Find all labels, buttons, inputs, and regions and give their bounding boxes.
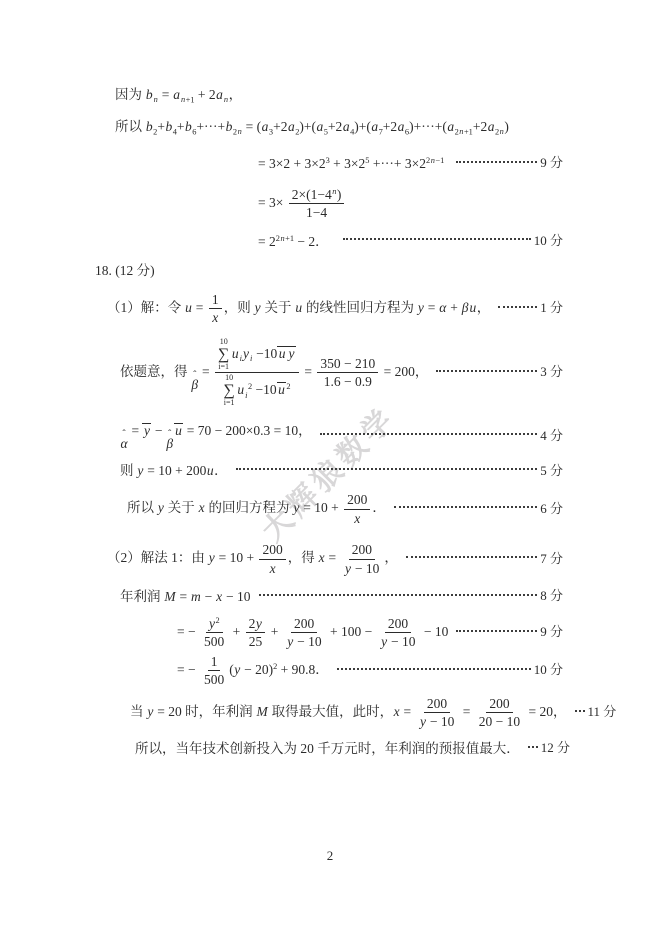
math-variable: y — [287, 634, 294, 649]
math-text: ) — [504, 119, 509, 134]
score-label: 4 分 — [540, 428, 563, 445]
math-text: 18. (12 分) — [95, 263, 155, 278]
dotted-leader — [436, 370, 537, 372]
score-label: 5 分 — [540, 463, 563, 480]
math-line: = 3× 2×(1−4n)1−4 — [95, 187, 563, 221]
fraction: 200y − 10 — [378, 616, 419, 650]
math-text: − 2． — [294, 234, 329, 249]
math-text: 500 — [204, 672, 224, 687]
score-label: 6 分 — [540, 501, 563, 518]
math-variable: u — [278, 346, 286, 361]
math-text: −1 — [435, 156, 444, 165]
fraction: 200y − 10 — [341, 542, 382, 576]
math-expression: （2）解法 1：由 y = 10 + 200x，得 x = 200y − 10， — [95, 542, 398, 576]
math-text: − 10 — [427, 714, 455, 729]
math-line: 因为 bn = an+1 + 2an， — [95, 86, 563, 104]
math-variable: β — [166, 436, 174, 451]
math-variable: y — [381, 634, 388, 649]
math-text: 所以 — [115, 119, 145, 134]
math-text: − 10 — [223, 589, 251, 604]
fraction: 1500 — [201, 654, 227, 688]
subscript: n+1 — [180, 95, 194, 104]
math-expression: = 3×2 + 3×23 + 3×25 +···+ 3×22n−1 — [95, 155, 448, 173]
math-text: 2 — [286, 382, 290, 391]
denominator: 500 — [201, 633, 227, 650]
math-variable: a — [261, 119, 269, 134]
math-text: +···+ — [196, 119, 225, 134]
math-expression: 依题意，得 ˆβ = 10∑i=1uiyi −10uy10∑i=1ui2 −10… — [95, 338, 428, 408]
math-text: = 200， — [380, 364, 428, 379]
math-text: 200 — [427, 696, 447, 711]
dotted-leader — [259, 594, 538, 596]
math-text: 1.6 − 0.9 — [324, 374, 372, 389]
math-line: 18. (12 分) — [95, 262, 563, 280]
math-text: = — [325, 550, 339, 565]
overline: u — [277, 382, 287, 397]
sum-lower-limit: i=1 — [224, 399, 235, 408]
math-text: = — [199, 364, 213, 379]
numerator: 2×(1−4n) — [289, 187, 345, 205]
hat-base: α — [120, 437, 128, 451]
denominator: y − 10 — [378, 633, 419, 650]
math-text: 2×(1−4 — [292, 187, 332, 202]
fraction: 350 − 2101.6 − 0.9 — [317, 356, 378, 390]
sum-lower-limit: i=1 — [218, 363, 229, 372]
math-text: = − — [177, 624, 199, 639]
subscript: 2n — [233, 127, 242, 136]
math-text: = 10 + — [300, 500, 342, 515]
numerator: 200 — [385, 616, 411, 634]
math-variable: y — [209, 616, 216, 631]
fraction: 20020 − 10 — [476, 696, 523, 730]
math-line: （1）解：令 u = 1x，则 y 关于 u 的线性回归方程为 y = α + … — [95, 292, 563, 326]
math-variable: b — [145, 119, 153, 134]
math-variable: a — [316, 119, 324, 134]
math-text: ) — [337, 187, 342, 202]
hat-accent: ˆα — [120, 433, 128, 451]
math-line: 则 y = 10 + 200u．5 分 — [95, 462, 563, 480]
summation: 10∑i=1 — [223, 374, 234, 408]
math-text: = ( — [242, 119, 261, 134]
math-text: （1）解：令 — [107, 300, 185, 315]
dotted-leader — [498, 306, 537, 308]
math-text: 25 — [249, 634, 263, 649]
math-expression: = − y2500 + 2y25 + 200y − 10 + 100 − 200… — [95, 616, 448, 650]
math-variable: u — [206, 463, 214, 478]
math-text: − 10 — [388, 634, 416, 649]
fraction: 200x — [259, 542, 285, 576]
math-text: + 3×2 — [330, 156, 365, 171]
math-text: +1 — [186, 95, 195, 104]
math-text: − — [151, 423, 165, 438]
math-text: = 20， — [525, 704, 566, 719]
math-text: 500 — [204, 634, 224, 649]
math-variable: a — [397, 119, 405, 134]
math-text: = 20 时，年利润 — [154, 704, 256, 719]
math-text: −10 — [252, 382, 277, 397]
hat-base: β — [166, 437, 174, 451]
math-variable: m — [191, 589, 202, 604]
denominator: y − 10 — [341, 560, 382, 577]
summation: 10∑i=1 — [218, 338, 229, 372]
math-text: ， — [384, 550, 398, 565]
fraction: 2×(1−4n)1−4 — [289, 187, 345, 221]
overline: u — [174, 423, 184, 438]
math-expression: 所以 b2+b4+b6+···+b2n = (a3+2a2)+(a5+2a4)+… — [95, 118, 509, 136]
math-variable: y — [293, 500, 300, 515]
dotted-leader — [456, 161, 537, 163]
math-text: = 70 − 200×0.3 = 10， — [183, 423, 311, 438]
math-text: − 10 — [351, 561, 379, 576]
math-variable: β — [191, 377, 199, 392]
subscript: 2n+1 — [455, 127, 473, 136]
math-text: 取得最大值，此时， — [268, 704, 393, 719]
math-variable: u — [295, 300, 303, 315]
math-text: = 3×2 + 3×2 — [258, 156, 326, 171]
math-text: +2 — [473, 119, 487, 134]
solution-content: 因为 bn = an+1 + 2an，所以 b2+b4+b6+···+b2n =… — [95, 86, 563, 757]
math-line: 年利润 M = m − x − 108 分 — [95, 588, 563, 606]
math-text: （2）解法 1：由 — [107, 550, 208, 565]
math-variable: M — [256, 704, 268, 719]
math-variable: y — [147, 704, 154, 719]
math-variable: u — [175, 423, 183, 438]
numerator: 200 — [259, 542, 285, 560]
math-expression: 年利润 M = m − x − 10 — [95, 588, 251, 606]
math-text: + 90.8． — [277, 662, 329, 677]
hat-base: β — [191, 378, 199, 392]
math-expression: = 22n+1 − 2． — [95, 233, 335, 251]
math-expression: = 3× 2×(1−4n)1−4 — [95, 187, 346, 221]
denominator: x — [266, 560, 279, 577]
math-text: 200 — [352, 542, 372, 557]
dotted-leader — [528, 746, 538, 748]
math-line: = − 1500(y − 20)2 + 90.8．10 分 — [95, 654, 563, 688]
fraction: y2500 — [201, 616, 227, 650]
math-line: （2）解法 1：由 y = 10 + 200x，得 x = 200y − 10，… — [95, 542, 563, 576]
math-text: ， — [477, 300, 491, 315]
math-expression: 因为 bn = an+1 + 2an， — [95, 86, 242, 104]
math-text: + — [447, 300, 461, 315]
score-label: 8 分 — [540, 588, 563, 605]
math-expression: （1）解：令 u = 1x，则 y 关于 u 的线性回归方程为 y = α + … — [95, 292, 490, 326]
numerator: 200 — [291, 616, 317, 634]
denominator: 20 − 10 — [476, 713, 523, 730]
math-line: ˆα = y − ˆβu = 70 − 200×0.3 = 10，4 分 — [95, 422, 563, 451]
math-text: = — [176, 589, 190, 604]
numerator: 200 — [344, 492, 370, 510]
sigma-icon: ∑ — [223, 383, 234, 399]
denominator: y − 10 — [284, 633, 325, 650]
numerator: 2y — [246, 616, 266, 634]
math-text: ． — [372, 500, 386, 515]
math-variable: y — [143, 423, 150, 438]
math-variable: a — [371, 119, 379, 134]
math-line: 所以 y 关于 x 的回归方程为 y = 10 + 200x．6 分 — [95, 492, 563, 526]
math-text: 1 — [211, 654, 218, 669]
math-line: 所以 b2+b4+b6+···+b2n = (a3+2a2)+(a5+2a4)+… — [95, 118, 563, 136]
math-text: 200 — [347, 492, 367, 507]
math-variable: α — [439, 300, 447, 315]
score-label: 9 分 — [540, 155, 563, 172]
score-label: 10 分 — [534, 662, 563, 679]
math-text: 2 — [216, 616, 220, 625]
math-variable: x — [354, 511, 361, 526]
math-text: + — [177, 119, 185, 134]
math-text: −10 — [253, 346, 278, 361]
math-line: = 22n+1 − 2．10 分 — [95, 233, 563, 251]
math-text: ，则 — [224, 300, 254, 315]
math-variable: a — [447, 119, 455, 134]
math-line: 当 y = 20 时，年利润 M 取得最大值，此时，x = 200y − 10 … — [95, 696, 563, 730]
dotted-leader — [394, 506, 537, 508]
math-variable: u — [278, 382, 286, 397]
math-text: +1 — [464, 127, 473, 136]
math-variable: β — [461, 300, 469, 315]
math-text: = − — [177, 662, 199, 677]
denominator: x — [209, 309, 222, 326]
subscript: 2n — [495, 127, 504, 136]
math-variable: α — [120, 436, 128, 451]
math-text: ， — [229, 87, 243, 102]
math-text: )+( — [354, 119, 371, 134]
math-variable: y — [420, 714, 427, 729]
math-text: = — [301, 364, 315, 379]
math-line: = 3×2 + 3×23 + 3×25 +···+ 3×22n−19 分 — [95, 155, 563, 173]
fraction: 200y − 10 — [284, 616, 325, 650]
math-text: 所以 — [127, 500, 157, 515]
math-text: + — [267, 624, 281, 639]
superscript: 2n+1 — [276, 234, 294, 243]
math-text: = — [192, 300, 206, 315]
math-text: = — [158, 87, 172, 102]
score-label: 1 分 — [540, 300, 563, 317]
math-variable: a — [487, 119, 495, 134]
math-text: +2 — [273, 119, 287, 134]
math-text: 200 — [388, 616, 408, 631]
fraction: 200y − 10 — [417, 696, 458, 730]
math-text: 1 — [212, 292, 219, 307]
math-variable: b — [225, 119, 233, 134]
math-variable: x — [269, 561, 276, 576]
math-text: 1−4 — [306, 205, 327, 220]
math-text: − 10 — [294, 634, 322, 649]
math-text: + — [229, 624, 243, 639]
math-variable: y — [234, 662, 241, 677]
math-text: 年利润 — [120, 589, 164, 604]
math-text: = — [400, 704, 414, 719]
denominator: 1.6 − 0.9 — [321, 373, 375, 390]
score-label: 11 分 — [588, 704, 617, 721]
math-text: 20 − 10 — [479, 714, 520, 729]
denominator: x — [351, 510, 364, 527]
math-variable: x — [212, 310, 219, 325]
math-text: = 3× — [258, 195, 287, 210]
dotted-leader — [575, 710, 585, 712]
math-text: +···+ 3×2 — [369, 156, 426, 171]
math-expression: 则 y = 10 + 200u． — [95, 462, 228, 480]
math-line: = − y2500 + 2y25 + 200y − 10 + 100 − 200… — [95, 616, 563, 650]
math-text: 因为 — [115, 87, 145, 102]
document-page: 大辉狼数学 因为 bn = an+1 + 2an，所以 b2+b4+b6+···… — [0, 0, 660, 933]
fraction: 200x — [344, 492, 370, 526]
math-text: 当 — [130, 704, 147, 719]
denominator: 10∑i=1ui2 −10u2 — [220, 373, 293, 408]
math-text: ，得 — [288, 550, 318, 565]
numerator: 1 — [208, 654, 221, 672]
subscript: i — [245, 391, 248, 400]
math-text: − 20) — [241, 662, 273, 677]
math-text: 200 — [294, 616, 314, 631]
math-text: +1 — [285, 234, 294, 243]
math-text: 关于 — [261, 300, 295, 315]
score-label: 12 分 — [541, 740, 570, 757]
math-variable: i — [245, 391, 248, 400]
dotted-leader — [456, 630, 537, 632]
math-expression: ˆα = y − ˆβu = 70 − 200×0.3 = 10， — [95, 422, 312, 451]
math-variable: u — [237, 382, 245, 397]
superscript: 2 — [286, 382, 290, 391]
math-text: )+( — [299, 119, 316, 134]
dotted-leader — [337, 668, 531, 670]
math-expression: 所以，当年技术创新投入为 20 千万元时，年利润的预报值最大． — [95, 740, 520, 758]
math-variable: x — [216, 589, 223, 604]
math-variable: a — [342, 119, 350, 134]
hat-accent: ˆβ — [166, 433, 174, 451]
math-text: 200 — [262, 542, 282, 557]
math-text: +2 — [383, 119, 397, 134]
math-text: )+···+( — [409, 119, 447, 134]
overline: y — [287, 346, 296, 361]
math-text: 的线性回归方程为 — [303, 300, 418, 315]
math-text: 则 — [120, 463, 137, 478]
fraction: 2y25 — [246, 616, 266, 650]
math-text: 关于 — [164, 500, 198, 515]
denominator: y − 10 — [417, 713, 458, 730]
math-text: − — [201, 589, 215, 604]
numerator: 10∑i=1uiyi −10uy — [215, 338, 299, 374]
dotted-leader — [406, 556, 537, 558]
math-text: = 10 + 200 — [144, 463, 206, 478]
math-expression: 18. (12 分) — [95, 262, 155, 280]
score-label: 10 分 — [534, 233, 563, 250]
math-text: +2 — [328, 119, 342, 134]
overline: u — [277, 346, 287, 361]
numerator: 200 — [486, 696, 512, 714]
fraction: 10∑i=1uiyi −10uy10∑i=1ui2 −10u2 — [215, 338, 299, 408]
math-text: = — [424, 300, 438, 315]
numerator: 200 — [349, 542, 375, 560]
math-expression: 所以 y 关于 x 的回归方程为 y = 10 + 200x． — [95, 492, 386, 526]
math-variable: y — [288, 346, 295, 361]
score-label: 3 分 — [540, 364, 563, 381]
math-expression: 当 y = 20 时，年利润 M 取得最大值，此时，x = 200y − 10 … — [95, 696, 567, 730]
hat-accent: ˆβ — [191, 374, 199, 392]
math-text: ． — [214, 463, 228, 478]
math-variable: u — [469, 300, 477, 315]
math-variable: b — [145, 87, 153, 102]
math-text: + 2 — [195, 87, 216, 102]
math-text: 依题意，得 — [120, 364, 191, 379]
math-text: − 10 — [420, 624, 448, 639]
math-text: + — [157, 119, 165, 134]
page-number: 2 — [0, 848, 660, 864]
math-variable: b — [165, 119, 173, 134]
math-text: 所以，当年技术创新投入为 20 千万元时，年利润的预报值最大． — [135, 741, 520, 756]
dotted-leader — [343, 238, 531, 240]
superscript: 2n−1 — [426, 156, 444, 165]
math-line: 所以，当年技术创新投入为 20 千万元时，年利润的预报值最大．12 分 — [95, 740, 563, 758]
numerator: y2 — [206, 616, 223, 634]
dotted-leader — [320, 433, 538, 435]
score-label: 9 分 — [540, 624, 563, 641]
math-text: 350 − 210 — [320, 356, 375, 371]
math-line: 依题意，得 ˆβ = 10∑i=1uiyi −10uy10∑i=1ui2 −10… — [95, 338, 563, 408]
denominator: 500 — [201, 671, 227, 688]
math-text: = 2 — [258, 234, 276, 249]
numerator: 1 — [209, 292, 222, 310]
math-variable: M — [164, 589, 176, 604]
numerator: 200 — [424, 696, 450, 714]
denominator: 1−4 — [303, 204, 330, 221]
sigma-icon: ∑ — [218, 347, 229, 363]
math-text: 的回归方程为 — [205, 500, 293, 515]
math-text: = 10 + — [215, 550, 257, 565]
score-label: 7 分 — [540, 551, 563, 568]
superscript: 2 — [216, 616, 220, 625]
math-text: + 100 − — [327, 624, 376, 639]
math-variable: y — [137, 463, 144, 478]
math-text: = — [128, 423, 142, 438]
fraction: 1x — [209, 292, 222, 326]
math-expression: = − 1500(y − 20)2 + 90.8． — [95, 654, 329, 688]
math-variable: y — [255, 616, 262, 631]
dotted-leader — [236, 468, 538, 470]
math-text: 200 — [489, 696, 509, 711]
math-variable: u — [231, 346, 239, 361]
denominator: 25 — [246, 633, 266, 650]
numerator: 350 − 210 — [317, 356, 378, 374]
math-text: = — [459, 704, 473, 719]
